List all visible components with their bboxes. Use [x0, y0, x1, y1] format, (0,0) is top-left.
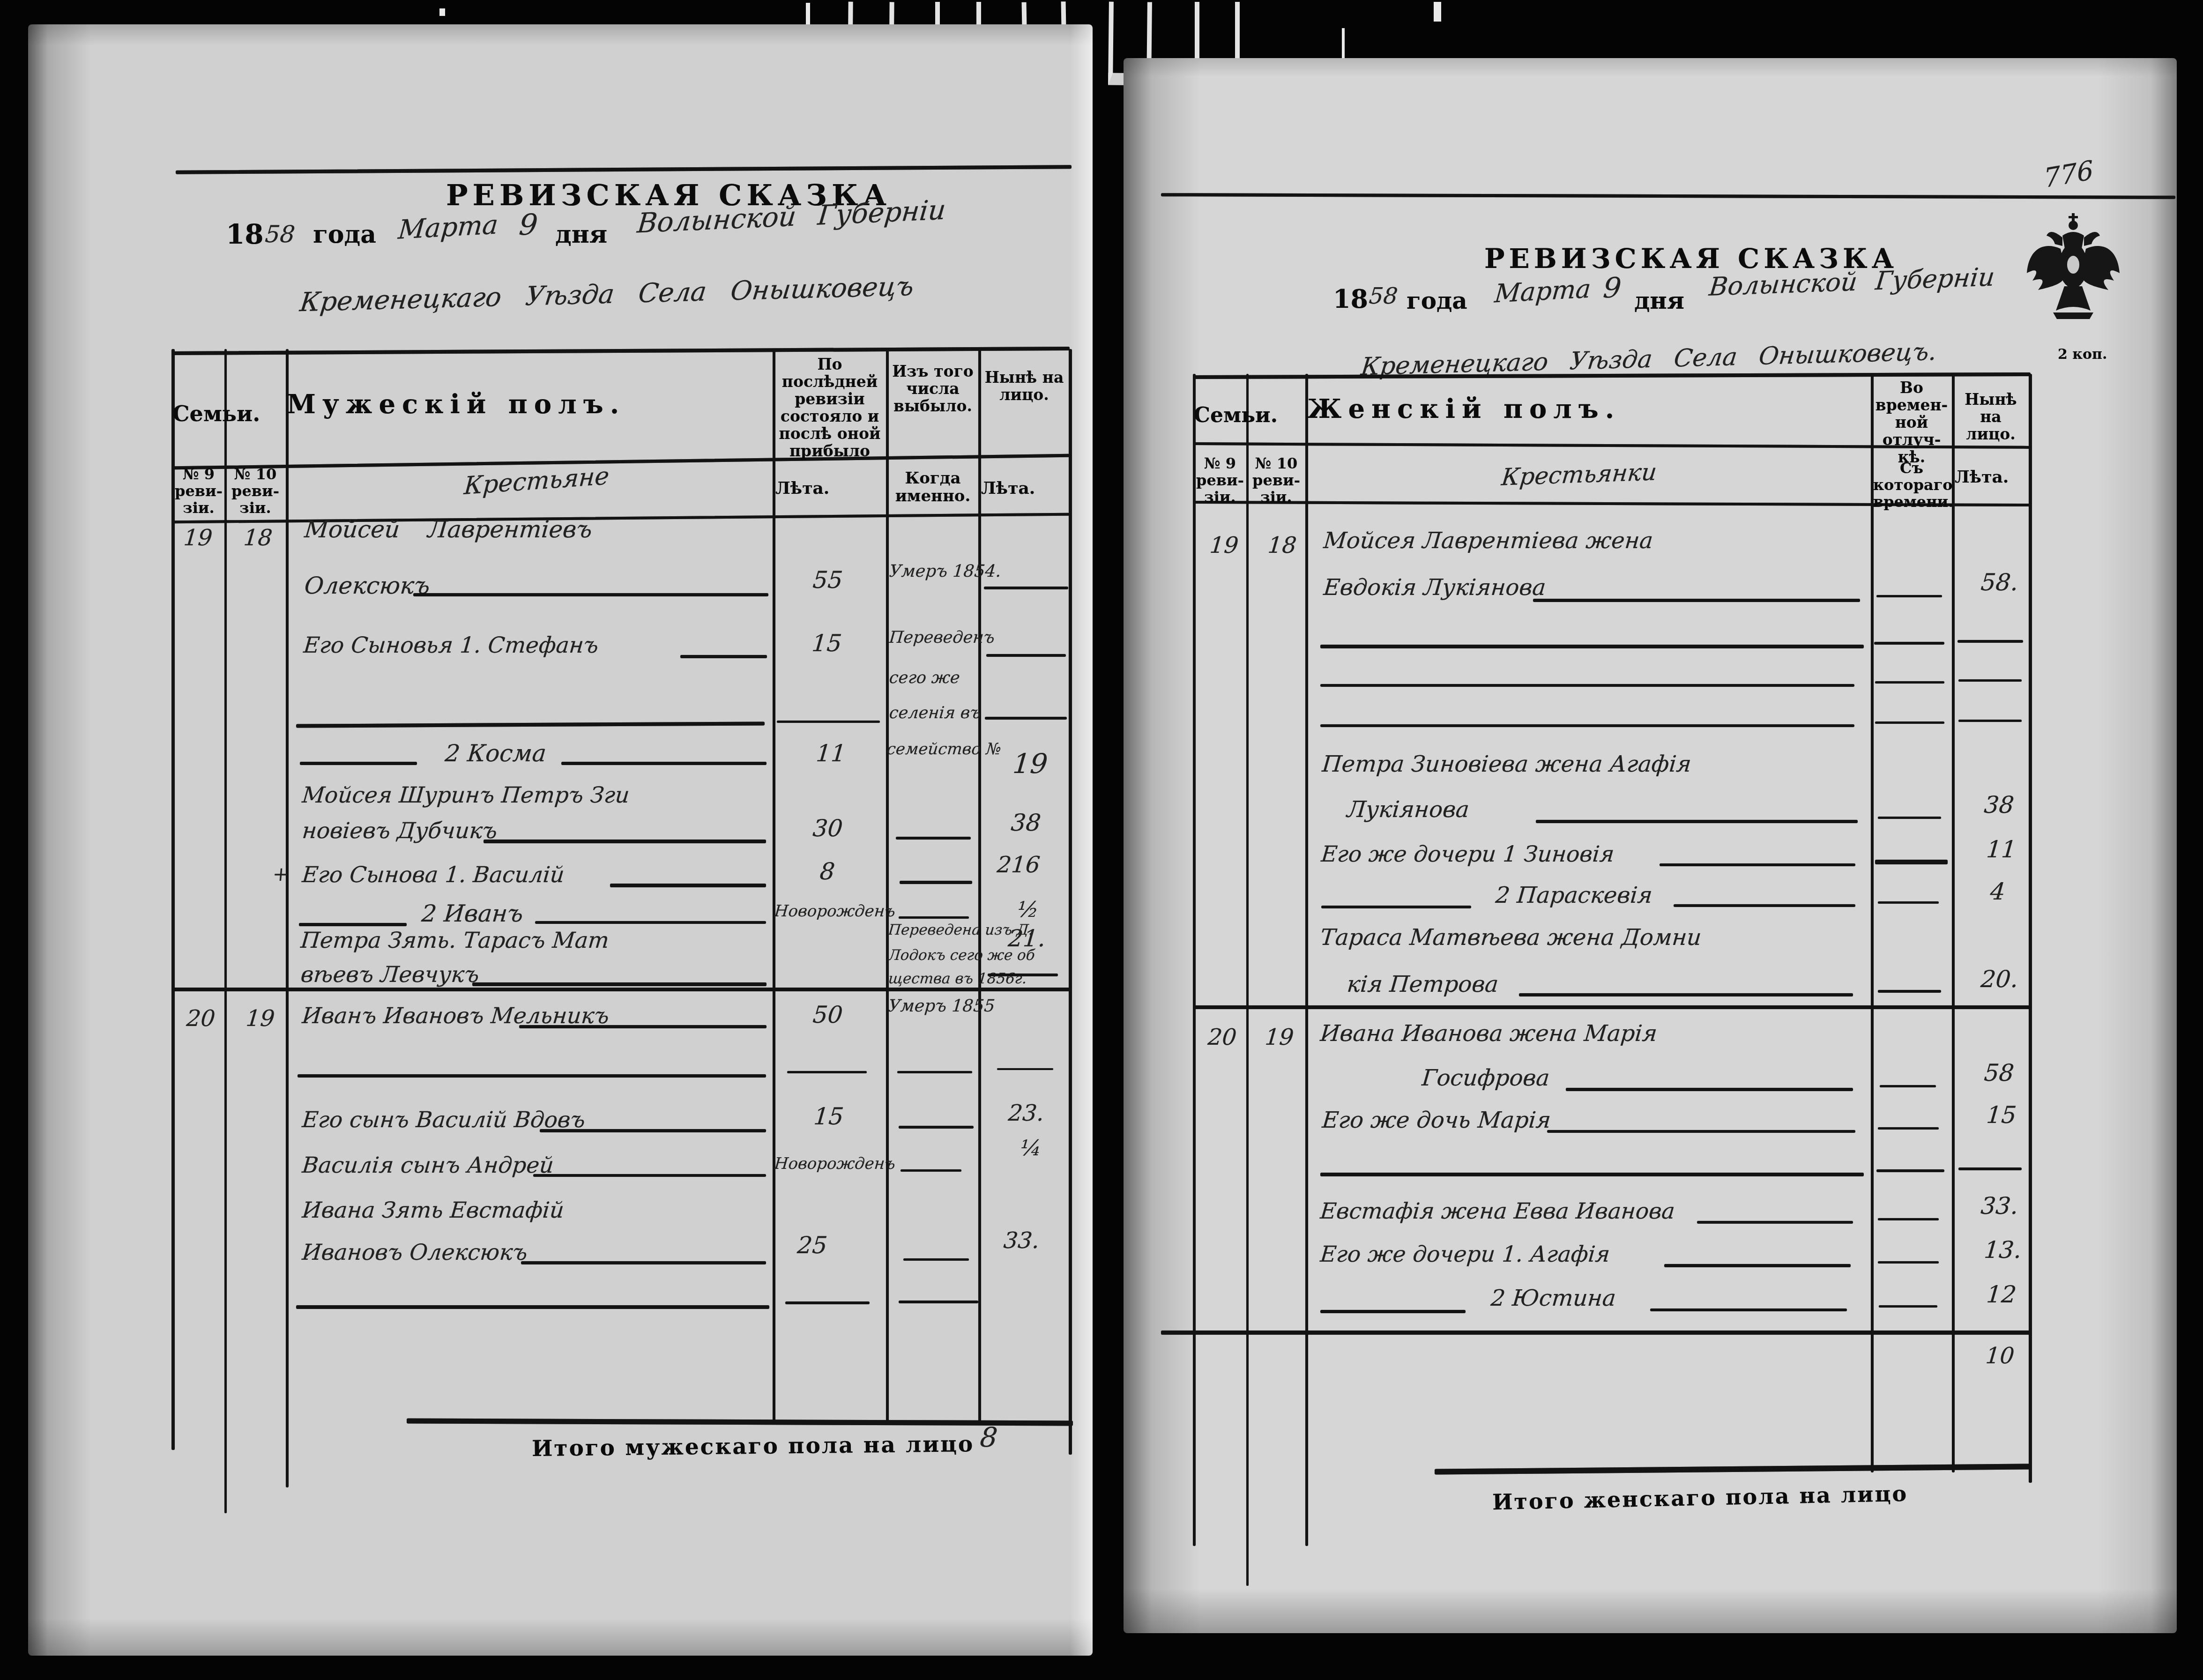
- ink-dash: [1320, 1173, 1864, 1176]
- age-last-revision: 55: [812, 567, 844, 593]
- ink-dash: [1878, 901, 1939, 904]
- ink-dash: [896, 837, 971, 840]
- now-age: 38: [1983, 792, 2016, 818]
- ink-dash: [1697, 1221, 1853, 1224]
- ink-dash: [1875, 721, 1944, 724]
- ink-dash: [1958, 1167, 2022, 1170]
- table-vline: [1193, 374, 1196, 1546]
- now-age: 58: [1983, 1060, 2016, 1086]
- date-day-word: дня: [555, 221, 607, 248]
- person-name: Мойсей Лаврентіевъ: [304, 516, 594, 543]
- ink-dash: [296, 1305, 769, 1309]
- family-separator-rule: [1161, 1331, 2031, 1335]
- person-name: Олексюкъ: [304, 572, 431, 599]
- age-last-revision: 8: [819, 858, 836, 885]
- ink-dash: [899, 1126, 974, 1129]
- subheader-years: Лѣта.: [1955, 468, 2027, 486]
- stamp-caption: 2 коп.: [2058, 347, 2107, 363]
- departed-note: Умеръ 1854.: [888, 562, 1002, 581]
- ink-dash: [1878, 1127, 1939, 1130]
- ink-dash: [899, 916, 969, 919]
- male-total-value: 8: [979, 1422, 999, 1453]
- ink-dash: [785, 1301, 870, 1304]
- ink-dash: [1660, 863, 1855, 866]
- ink-dash: [1878, 1261, 1939, 1264]
- subheader-years-right: Лѣта.: [981, 479, 1067, 498]
- subheader-estate: Крестьянки: [1500, 459, 1658, 491]
- ink-dash: [1320, 1310, 1466, 1313]
- person-name: Тараса Матвѣева жена Домни: [1319, 925, 1703, 951]
- person-name: Петра Зять. Тарасъ Мат: [300, 929, 610, 953]
- now-age: 33.: [1980, 1193, 2019, 1219]
- ink-dash: [777, 721, 880, 723]
- person-name: 2 Юстина: [1490, 1286, 1617, 1311]
- margin-cross-mark: +: [272, 863, 290, 885]
- table-vline: [1871, 374, 1874, 1472]
- departed-note: селенія въ: [888, 704, 982, 722]
- table-vline: [1246, 374, 1249, 1586]
- family-no-10rev: 19: [245, 1006, 276, 1032]
- ink-dash: [1547, 1130, 1855, 1133]
- ink-dash: [298, 1074, 766, 1078]
- departed-note: Умеръ 1855: [887, 997, 996, 1016]
- person-name: Лукіянова: [1346, 797, 1470, 823]
- person-name: Его же дочь Марія: [1321, 1108, 1552, 1133]
- ink-dash: [997, 1068, 1053, 1070]
- ink-dash: [1957, 640, 2023, 643]
- male-total-label: Итого мужескаго пола на лицо: [532, 1432, 975, 1462]
- ink-dash: [533, 1174, 766, 1177]
- age-last-revision: Новорожденъ: [774, 902, 896, 920]
- header-absence: Во времен­ной отлуч­кѣ.: [1873, 379, 1950, 466]
- subheader-rev10: № 10 реви­зіи.: [1248, 455, 1304, 505]
- header-male-sex: Мужескій полъ.: [287, 390, 773, 419]
- now-age: 23.: [1007, 1101, 1045, 1126]
- film-tick-icon: [439, 8, 445, 16]
- person-name: вѣевъ Левчукъ: [300, 963, 480, 988]
- subheader-rev9: № 9 реви­зіи.: [1195, 455, 1245, 505]
- table-vline: [886, 349, 889, 1423]
- ink-dash: [1878, 990, 1941, 993]
- ink-dash: [897, 1071, 972, 1073]
- person-name: Ивана Иванова жена Марія: [1319, 1021, 1658, 1047]
- person-name: Мойсея Шуринъ Петръ Зги: [301, 783, 631, 808]
- date-month: Марта: [1493, 275, 1592, 308]
- age-last-revision: 30: [812, 815, 844, 841]
- ink-dash: [901, 1169, 961, 1172]
- ink-dash: [1874, 642, 1944, 645]
- ink-dash: [985, 717, 1067, 720]
- header-last-revision: По послѣдней ревизіи состояло и послѣ он…: [775, 356, 884, 460]
- ink-dash: [1320, 645, 1864, 648]
- family-no-10rev: 18: [243, 526, 274, 551]
- ink-dash: [1533, 599, 1860, 602]
- now-age: 11: [1986, 836, 2018, 862]
- ink-dash: [299, 923, 407, 926]
- ink-dash: [1536, 820, 1858, 823]
- now-age: 12: [1986, 1281, 2018, 1308]
- family-separator-rule: [1194, 1005, 2031, 1009]
- ink-dash: [903, 1258, 969, 1261]
- ink-dash: [484, 840, 766, 843]
- date-year-word: года: [313, 221, 376, 248]
- subheader-rev10: № 10 реви­зіи.: [226, 466, 285, 516]
- ink-dash: [1958, 720, 2022, 722]
- table-vline: [978, 349, 981, 1423]
- header-departed: Изъ того числа выбыло.: [889, 363, 977, 415]
- now-age: 19: [1012, 749, 1049, 779]
- date-year-word: года: [1407, 288, 1467, 314]
- date-month: Марта: [397, 210, 499, 245]
- subheader-when: Когда имен­но.: [889, 469, 977, 505]
- now-age: 10: [1985, 1344, 2016, 1369]
- now-age: ½: [1017, 898, 1040, 922]
- table-vline: [1305, 374, 1308, 1546]
- ink-dash: [1958, 679, 2022, 682]
- ink-dash: [1321, 906, 1471, 908]
- ink-dash: [899, 1301, 978, 1303]
- imperial-eagle-stamp-icon: [2025, 213, 2121, 342]
- header-female-sex: Женскій полъ.: [1307, 394, 1869, 424]
- ink-dash: [787, 1071, 867, 1073]
- ink-dash: [540, 1129, 766, 1132]
- ink-dash: [519, 1025, 767, 1028]
- ink-dash: [1878, 1218, 1939, 1220]
- ink-dash: [988, 974, 1058, 976]
- date-century: 18: [226, 219, 264, 250]
- family-no-9rev: 19: [183, 526, 214, 551]
- film-tick-icon: [1434, 2, 1441, 22]
- table-vline: [773, 349, 775, 1423]
- ink-dash: [561, 762, 767, 765]
- ink-dash: [1519, 993, 1853, 996]
- ink-dash: [1876, 1169, 1944, 1172]
- subheader-years-left: Лѣта.: [775, 479, 884, 498]
- ink-dash: [472, 982, 767, 986]
- age-last-revision: 11: [815, 740, 848, 766]
- person-name: Мойсея Лаврентіева жена: [1323, 528, 1654, 554]
- subheader-rev9: № 9 реви­зіи.: [173, 466, 224, 516]
- person-name: Василія сынъ Андрей: [301, 1153, 555, 1178]
- now-age: 58.: [1980, 569, 2019, 595]
- now-age: 15: [1986, 1102, 2018, 1128]
- age-last-revision: 15: [813, 1103, 845, 1130]
- date-year: 58: [264, 221, 297, 247]
- departed-note: Переведенъ: [888, 629, 995, 647]
- person-name: Госифрова: [1421, 1066, 1551, 1091]
- person-name: 2 Иванъ: [421, 900, 524, 927]
- revision-list-scan: РЕВИЗСКАЯ СКАЗКА 18 58 года Марта 9 дня …: [0, 0, 2203, 1680]
- date-year: 58: [1368, 284, 1399, 309]
- ink-dash: [1878, 817, 1941, 819]
- date-day: 9: [1602, 273, 1622, 304]
- person-name: Его же дочери 1. Агафія: [1319, 1242, 1611, 1267]
- ink-dash: [1320, 724, 1854, 727]
- ink-dash: [1875, 681, 1944, 684]
- person-name: Его Сыновья 1. Стефанъ: [303, 633, 600, 658]
- person-name: Евдокія Лукіянова: [1323, 575, 1547, 601]
- now-age: ¼: [1020, 1136, 1042, 1160]
- ink-dash: [1876, 595, 1942, 597]
- now-age: 20.: [1980, 966, 2019, 992]
- table-vline: [286, 349, 289, 1487]
- header-family: Семьи.: [1194, 404, 1305, 427]
- header-family: Семьи.: [172, 402, 286, 426]
- age-last-revision: 15: [811, 630, 843, 656]
- ink-dash: [1320, 684, 1854, 687]
- family-no-9rev: 20: [186, 1006, 216, 1032]
- ink-dash: [1880, 1085, 1936, 1087]
- person-name: Его же дочери 1 Зиновія: [1320, 842, 1615, 867]
- table-vline: [1069, 349, 1072, 1455]
- person-name: кія Петрова: [1346, 972, 1500, 997]
- family-no-10rev: 18: [1267, 533, 1298, 558]
- family-separator-rule: [172, 988, 1070, 991]
- ink-dash: [986, 654, 1066, 657]
- age-last-revision: 50: [812, 1002, 844, 1028]
- age-last-revision: 25: [796, 1232, 829, 1258]
- ink-dash: [1875, 860, 1948, 864]
- ink-dash: [1566, 1088, 1853, 1091]
- ink-dash: [1879, 1305, 1937, 1308]
- person-name: Евстафія жена Евва Иванова: [1319, 1199, 1676, 1224]
- ink-dash: [984, 587, 1068, 589]
- person-name: Петра Зиновіева жена Агафія: [1321, 752, 1692, 777]
- ink-dash: [521, 1261, 766, 1264]
- table-vline: [224, 349, 227, 1513]
- person-name: Ивана Зять Евстафій: [301, 1198, 565, 1223]
- now-age: 216: [996, 853, 1041, 878]
- ink-dash: [680, 655, 767, 658]
- person-name: Ивановъ Олексюкъ: [301, 1241, 528, 1265]
- family-no-9rev: 20: [1207, 1025, 1238, 1050]
- header-now-present: Нынѣ на лицо.: [981, 369, 1067, 404]
- person-name: 2 Косма: [444, 740, 548, 766]
- departed-note: семейство №: [886, 740, 1002, 758]
- ink-dash: [300, 762, 417, 765]
- date-day: 9: [518, 208, 539, 241]
- now-age: 4: [1989, 878, 2007, 905]
- family-no-10rev: 19: [1264, 1025, 1295, 1050]
- table-vline: [1952, 374, 1955, 1472]
- header-now-present: Нынѣ на лицо.: [1955, 391, 2027, 443]
- person-name: Его Сынова 1. Василій: [301, 863, 566, 888]
- ink-dash: [535, 921, 766, 924]
- ink-dash: [1664, 1264, 1851, 1267]
- date-day-word: дня: [1634, 288, 1684, 314]
- family-no-9rev: 19: [1209, 533, 1240, 558]
- ink-dash: [900, 881, 972, 884]
- now-age: 33.: [1003, 1228, 1041, 1254]
- ink-dash: [1674, 904, 1855, 907]
- person-name: новіевъ Дубчикъ: [301, 819, 499, 844]
- age-last-revision: Новорожденъ: [774, 1155, 896, 1173]
- now-age: 21.: [1007, 925, 1047, 952]
- date-century: 18: [1333, 285, 1368, 313]
- now-age: 38: [1010, 810, 1042, 836]
- departed-note: сего же: [888, 669, 960, 687]
- table-vline: [2029, 374, 2032, 1483]
- ink-dash: [610, 884, 766, 887]
- subheader-since: Съ котораго времени.: [1873, 460, 1950, 510]
- person-name: 2 Параскевія: [1495, 883, 1653, 908]
- ink-dash: [413, 593, 768, 596]
- ink-dash: [1650, 1308, 1847, 1311]
- now-age: 13.: [1983, 1237, 2023, 1263]
